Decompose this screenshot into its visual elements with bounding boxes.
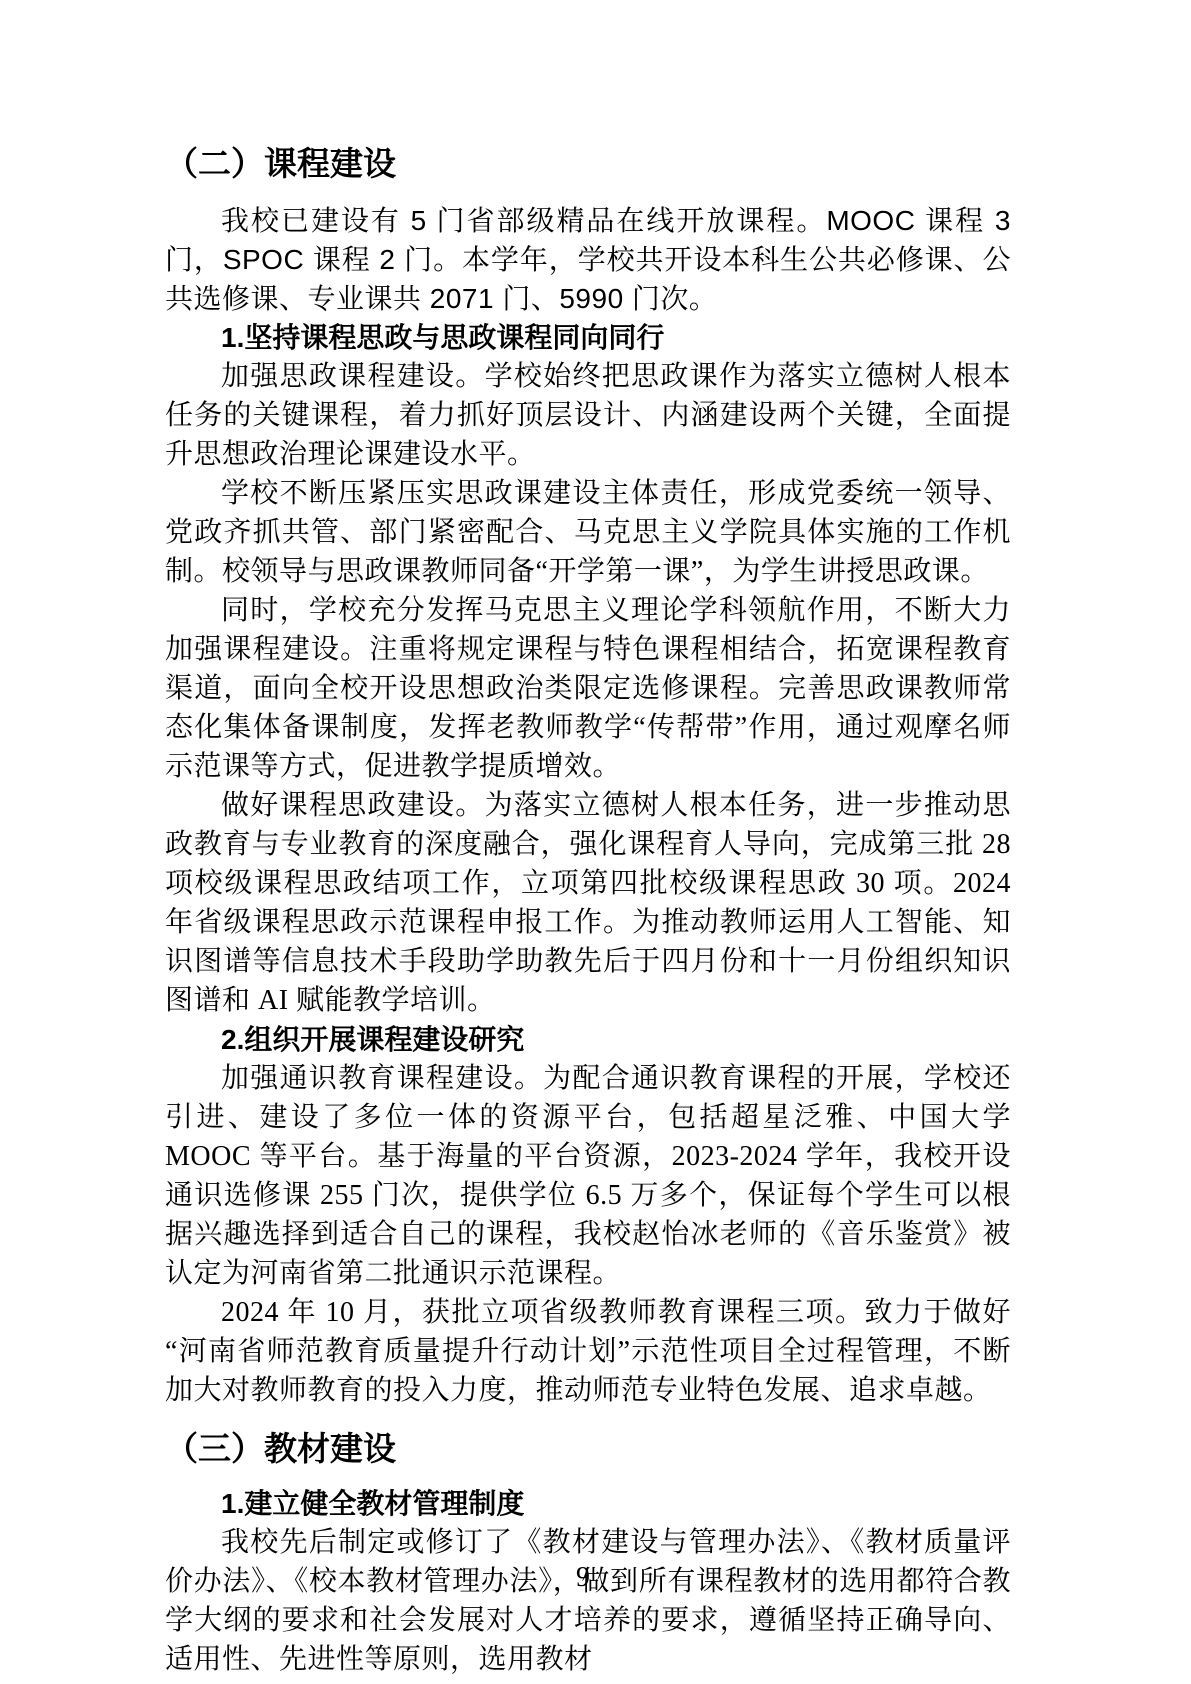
subheading-2-course-construction-research: 2.组织开展课程建设研究 bbox=[165, 1020, 1011, 1059]
para-general-education-platforms: 加强通识教育课程建设。为配合通识教育课程的开展，学校还引进、建设了多位一体的资源… bbox=[165, 1059, 1011, 1293]
heading-section-3-textbook-construction: （三）教材建设 bbox=[165, 1426, 1011, 1472]
para-course-overview: 我校已建设有 5 门省部级精品在线开放课程。MOOC 课程 3 门，SPOC 课… bbox=[165, 201, 1011, 318]
page-number: 9 bbox=[0, 1562, 1166, 1594]
para-responsibility-mechanism: 学校不断压紧压实思政课建设主体责任，形成党委统一领导、党政齐抓共管、部门紧密配合… bbox=[165, 474, 1011, 591]
para-textbook-regulations: 我校先后制定或修订了《教材建设与管理办法》、《教材质量评价办法》、《校本教材管理… bbox=[165, 1523, 1011, 1679]
para-curriculum-ideology-projects: 做好课程思政建设。为落实立德树人根本任务，进一步推动思政教育与专业教育的深度融合… bbox=[165, 786, 1011, 1020]
document-content: （二）课程建设 我校已建设有 5 门省部级精品在线开放课程。MOOC 课程 3 … bbox=[165, 141, 1011, 1679]
document-page: （二）课程建设 我校已建设有 5 门省部级精品在线开放课程。MOOC 课程 3 … bbox=[0, 0, 1191, 1684]
subheading-1-ideological-political-courses: 1.坚持课程思政与思政课程同向同行 bbox=[165, 318, 1011, 357]
para-ideological-course-building: 加强思政课程建设。学校始终把思政课作为落实立德树人根本任务的关键课程，着力抓好顶… bbox=[165, 357, 1011, 474]
para-marxism-discipline-leading: 同时，学校充分发挥马克思主义理论学科领航作用，不断大力加强课程建设。注重将规定课… bbox=[165, 591, 1011, 786]
subheading-1-textbook-management-system: 1.建立健全教材管理制度 bbox=[165, 1484, 1011, 1523]
heading-section-2-course-construction: （二）课程建设 bbox=[165, 141, 1011, 187]
para-teacher-education-courses: 2024 年 10 月，获批立项省级教师教育课程三项。致力于做好“河南省师范教育… bbox=[165, 1293, 1011, 1410]
